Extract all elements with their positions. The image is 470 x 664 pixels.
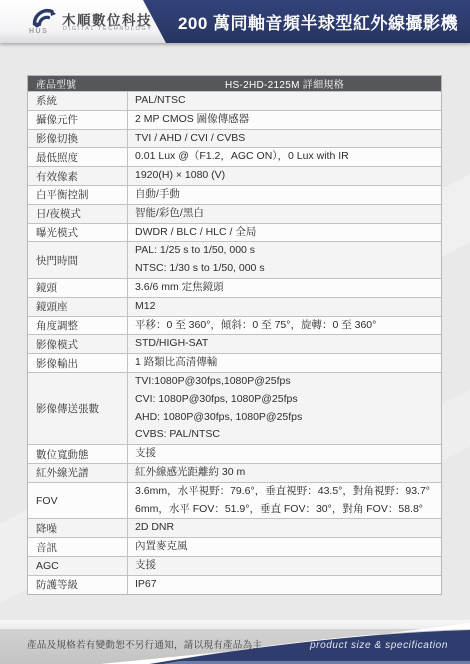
spec-value-cell: 0.01 Lux @（F1.2，AGC ON），0 Lux with IR: [128, 148, 441, 166]
spec-value-cell: DWDR / BLC / HLC / 全局: [128, 224, 441, 242]
footer-caption-text: product size & specification: [310, 640, 448, 651]
spec-row: 曝光模式DWDR / BLC / HLC / 全局: [28, 223, 441, 242]
spec-value-cell: 支援: [128, 445, 441, 463]
spec-value-line: 0.01 Lux @（F1.2，AGC ON），0 Lux with IR: [135, 148, 437, 166]
spec-value-line: AHD: 1080P@30fps, 1080P@25fps: [135, 409, 437, 427]
spec-label-cell: 白平衡控制: [28, 186, 128, 204]
spec-row: 影像切換TVI / AHD / CVI / CVBS: [28, 129, 441, 148]
spec-table-header-row: 產品型號 HS-2HD-2125M 詳細規格: [28, 76, 441, 91]
spec-label-cell: 最低照度: [28, 148, 128, 166]
spec-value-line: 2D DNR: [135, 519, 437, 537]
spec-label-cell: 系統: [28, 92, 128, 110]
spec-value-cell: 支援: [128, 557, 441, 575]
spec-value-line: IP67: [135, 576, 437, 594]
spec-row: 影像傳送張數TVI:1080P@30fps,1080P@25fpsCVI: 10…: [28, 372, 441, 444]
spec-value-line: 3.6mm，水平視野：79.6°，垂直視野：43.5°，對角視野：93.7°: [135, 483, 437, 501]
spec-label-cell: 角度調整: [28, 317, 128, 335]
spec-row: 影像模式STD/HIGH-SAT: [28, 334, 441, 353]
spec-table: 產品型號 HS-2HD-2125M 詳細規格 系統PAL/NTSC攝像元件2 M…: [27, 75, 442, 595]
spec-value-line: M12: [135, 298, 437, 316]
spec-row: 有效像素1920(H) × 1080 (V): [28, 166, 441, 185]
spec-label-cell: 影像模式: [28, 335, 128, 353]
spec-value-line: CVBS: PAL/NTSC: [135, 426, 437, 444]
spec-value-line: 6mm，水平 FOV：51.9°，垂直 FOV：30°，對角 FOV：58.8°: [135, 501, 437, 519]
spec-value-cell: TVI / AHD / CVI / CVBS: [128, 130, 441, 148]
spec-label-cell: 鏡頭: [28, 279, 128, 297]
spec-value-line: NTSC: 1/30 s to 1/50, 000 s: [135, 260, 437, 278]
spec-label-cell: FOV: [28, 483, 128, 519]
spec-value-line: DWDR / BLC / HLC / 全局: [135, 224, 437, 242]
spec-label-cell: 攝像元件: [28, 111, 128, 129]
spec-value-cell: PAL/NTSC: [128, 92, 441, 110]
spec-value-line: CVI: 1080P@30fps, 1080P@25fps: [135, 391, 437, 409]
spec-value-cell: 3.6/6 mm 定焦鏡頭: [128, 279, 441, 297]
spec-value-line: TVI / AHD / CVI / CVBS: [135, 130, 437, 148]
spec-rows-container: 系統PAL/NTSC攝像元件2 MP CMOS 圖像傳感器影像切換TVI / A…: [28, 91, 441, 594]
spec-label-cell: 影像傳送張數: [28, 373, 128, 444]
spec-row: 最低照度0.01 Lux @（F1.2，AGC ON），0 Lux with I…: [28, 147, 441, 166]
spec-header-label: 產品型號: [28, 76, 128, 91]
spec-row: 鏡頭座M12: [28, 297, 441, 316]
footer: 產品及規格若有變動恕不另行通知，請以現有產品為主 product size & …: [0, 620, 470, 664]
spec-row: 攝像元件2 MP CMOS 圖像傳感器: [28, 110, 441, 129]
header-band: 200 萬同軸音頻半球型紅外線攝影機 HUS 木順數位科技 DIGITAL TE…: [0, 0, 470, 43]
spec-value-cell: PAL: 1/25 s to 1/50, 000 sNTSC: 1/30 s t…: [128, 242, 441, 278]
spec-value-cell: 1 路類比高清傳輸: [128, 354, 441, 372]
spec-value-cell: TVI:1080P@30fps,1080P@25fpsCVI: 1080P@30…: [128, 373, 441, 444]
spec-value-line: STD/HIGH-SAT: [135, 335, 437, 353]
spec-row: 鏡頭3.6/6 mm 定焦鏡頭: [28, 278, 441, 297]
spec-row: FOV3.6mm，水平視野：79.6°，垂直視野：43.5°，對角視野：93.7…: [28, 482, 441, 519]
spec-value-line: 平移：0 至 360°，傾斜：0 至 75°，旋轉：0 至 360°: [135, 317, 437, 335]
spec-value-cell: 1920(H) × 1080 (V): [128, 167, 441, 185]
logo-tagline: DIGITAL TECHNOLOGY: [63, 26, 153, 32]
spec-value-line: 支援: [135, 445, 437, 463]
spec-row: 音訊內置麥克風: [28, 537, 441, 556]
logo-area: HUS 木順數位科技 DIGITAL TECHNOLOGY: [0, 0, 170, 43]
spec-row: 防護等級IP67: [28, 575, 441, 594]
spec-value-line: 自動/手動: [135, 186, 437, 204]
spec-label-cell: 影像切換: [28, 130, 128, 148]
spec-label-cell: 曝光模式: [28, 224, 128, 242]
spec-label-cell: 影像輸出: [28, 354, 128, 372]
spec-value-line: 紅外線感光距離約 30 m: [135, 464, 437, 482]
spec-row: 紅外線光譜紅外線感光距離約 30 m: [28, 463, 441, 482]
spec-value-line: TVI:1080P@30fps,1080P@25fps: [135, 373, 437, 391]
spec-value-cell: 平移：0 至 360°，傾斜：0 至 75°，旋轉：0 至 360°: [128, 317, 441, 335]
spec-value-line: 內置麥克風: [135, 538, 437, 556]
spec-label-cell: 數位寬動態: [28, 445, 128, 463]
spec-value-line: 1 路類比高清傳輸: [135, 354, 437, 372]
signal-logo-icon: [30, 7, 58, 28]
spec-value-cell: 自動/手動: [128, 186, 441, 204]
spec-value-cell: 智能/彩色/黑白: [128, 205, 441, 223]
spec-label-cell: 防護等級: [28, 576, 128, 594]
footer-notice-text: 產品及規格若有變動恕不另行通知，請以現有產品為主: [27, 637, 327, 651]
spec-row: 快門時間PAL: 1/25 s to 1/50, 000 sNTSC: 1/30…: [28, 241, 441, 278]
spec-row: 降噪2D DNR: [28, 518, 441, 537]
logo-brand-en: HUS: [29, 28, 48, 35]
spec-header-model: HS-2HD-2125M 詳細規格: [128, 76, 441, 91]
spec-label-cell: 日/夜模式: [28, 205, 128, 223]
spec-value-line: 支援: [135, 557, 437, 575]
spec-value-cell: 2 MP CMOS 圖像傳感器: [128, 111, 441, 129]
spec-value-cell: STD/HIGH-SAT: [128, 335, 441, 353]
spec-value-line: PAL: 1/25 s to 1/50, 000 s: [135, 242, 437, 260]
spec-label-cell: 紅外線光譜: [28, 464, 128, 482]
spec-value-cell: IP67: [128, 576, 441, 594]
spec-row: 影像輸出1 路類比高清傳輸: [28, 353, 441, 372]
spec-label-cell: 快門時間: [28, 242, 128, 278]
spec-row: 系統PAL/NTSC: [28, 91, 441, 110]
spec-value-cell: M12: [128, 298, 441, 316]
spec-label-cell: AGC: [28, 557, 128, 575]
spec-row: AGC支援: [28, 556, 441, 575]
spec-value-line: 智能/彩色/黑白: [135, 205, 437, 223]
spec-row: 角度調整平移：0 至 360°，傾斜：0 至 75°，旋轉：0 至 360°: [28, 316, 441, 335]
spec-value-cell: 3.6mm，水平視野：79.6°，垂直視野：43.5°，對角視野：93.7°6m…: [128, 483, 441, 519]
spec-value-line: 3.6/6 mm 定焦鏡頭: [135, 279, 437, 297]
page-title: 200 萬同軸音頻半球型紅外線攝影機: [166, 0, 470, 43]
spec-value-line: PAL/NTSC: [135, 92, 437, 110]
spec-value-cell: 2D DNR: [128, 519, 441, 537]
spec-value-cell: 紅外線感光距離約 30 m: [128, 464, 441, 482]
spec-label-cell: 有效像素: [28, 167, 128, 185]
spec-label-cell: 降噪: [28, 519, 128, 537]
spec-label-cell: 鏡頭座: [28, 298, 128, 316]
spec-row: 白平衡控制自動/手動: [28, 185, 441, 204]
spec-label-cell: 音訊: [28, 538, 128, 556]
spec-value-cell: 內置麥克風: [128, 538, 441, 556]
spec-row: 數位寬動態支援: [28, 444, 441, 463]
spec-value-line: 1920(H) × 1080 (V): [135, 167, 437, 185]
spec-row: 日/夜模式智能/彩色/黑白: [28, 204, 441, 223]
spec-value-line: 2 MP CMOS 圖像傳感器: [135, 111, 437, 129]
